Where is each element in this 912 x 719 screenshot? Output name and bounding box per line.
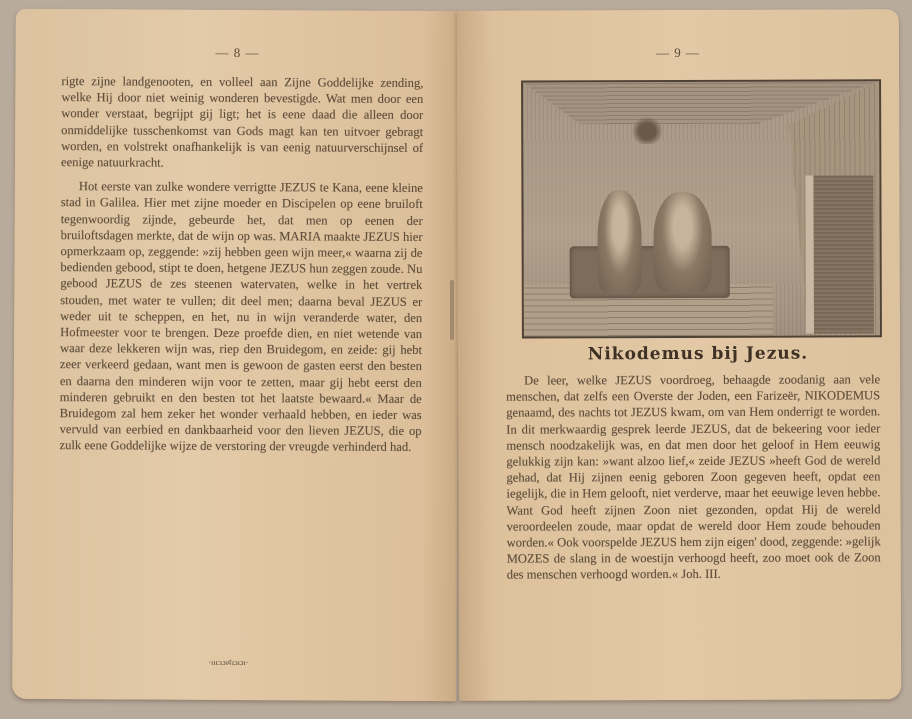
open-book: — 8 — rigte zijne landgenooten, en volle…	[14, 10, 902, 706]
paragraph: Hot eerste van zulke wondere verrigtte J…	[59, 178, 422, 455]
woodcut-illustration	[521, 79, 882, 338]
seated-figure-jesus	[597, 190, 641, 294]
illustration-door	[805, 175, 874, 333]
left-page-text: rigte zijne landgenooten, en volleel aan…	[59, 73, 423, 464]
right-page: — 9 — Nikodemus bij Jezus. De leer, welk…	[457, 9, 901, 701]
left-page: — 8 — rigte zijne landgenooten, en volle…	[12, 9, 460, 701]
chandelier-icon	[627, 112, 667, 144]
paragraph: rigte zijne landgenooten, en volleel aan…	[61, 73, 424, 172]
paragraph: De leer, welke JEZUS voordroeg, behaagde…	[506, 371, 881, 583]
printer-ornament: ·ııı:ıɔıȼıɔıɔı·	[208, 658, 248, 667]
right-page-text: De leer, welke JEZUS voordroeg, behaagde…	[506, 371, 881, 591]
page-number-left: — 8 —	[16, 44, 460, 62]
page-number-right: — 9 —	[457, 44, 899, 62]
chapter-title: Nikodemus bij Jezus.	[498, 343, 898, 364]
seated-figure-nikodemus	[653, 192, 711, 292]
book-gutter	[450, 280, 454, 340]
